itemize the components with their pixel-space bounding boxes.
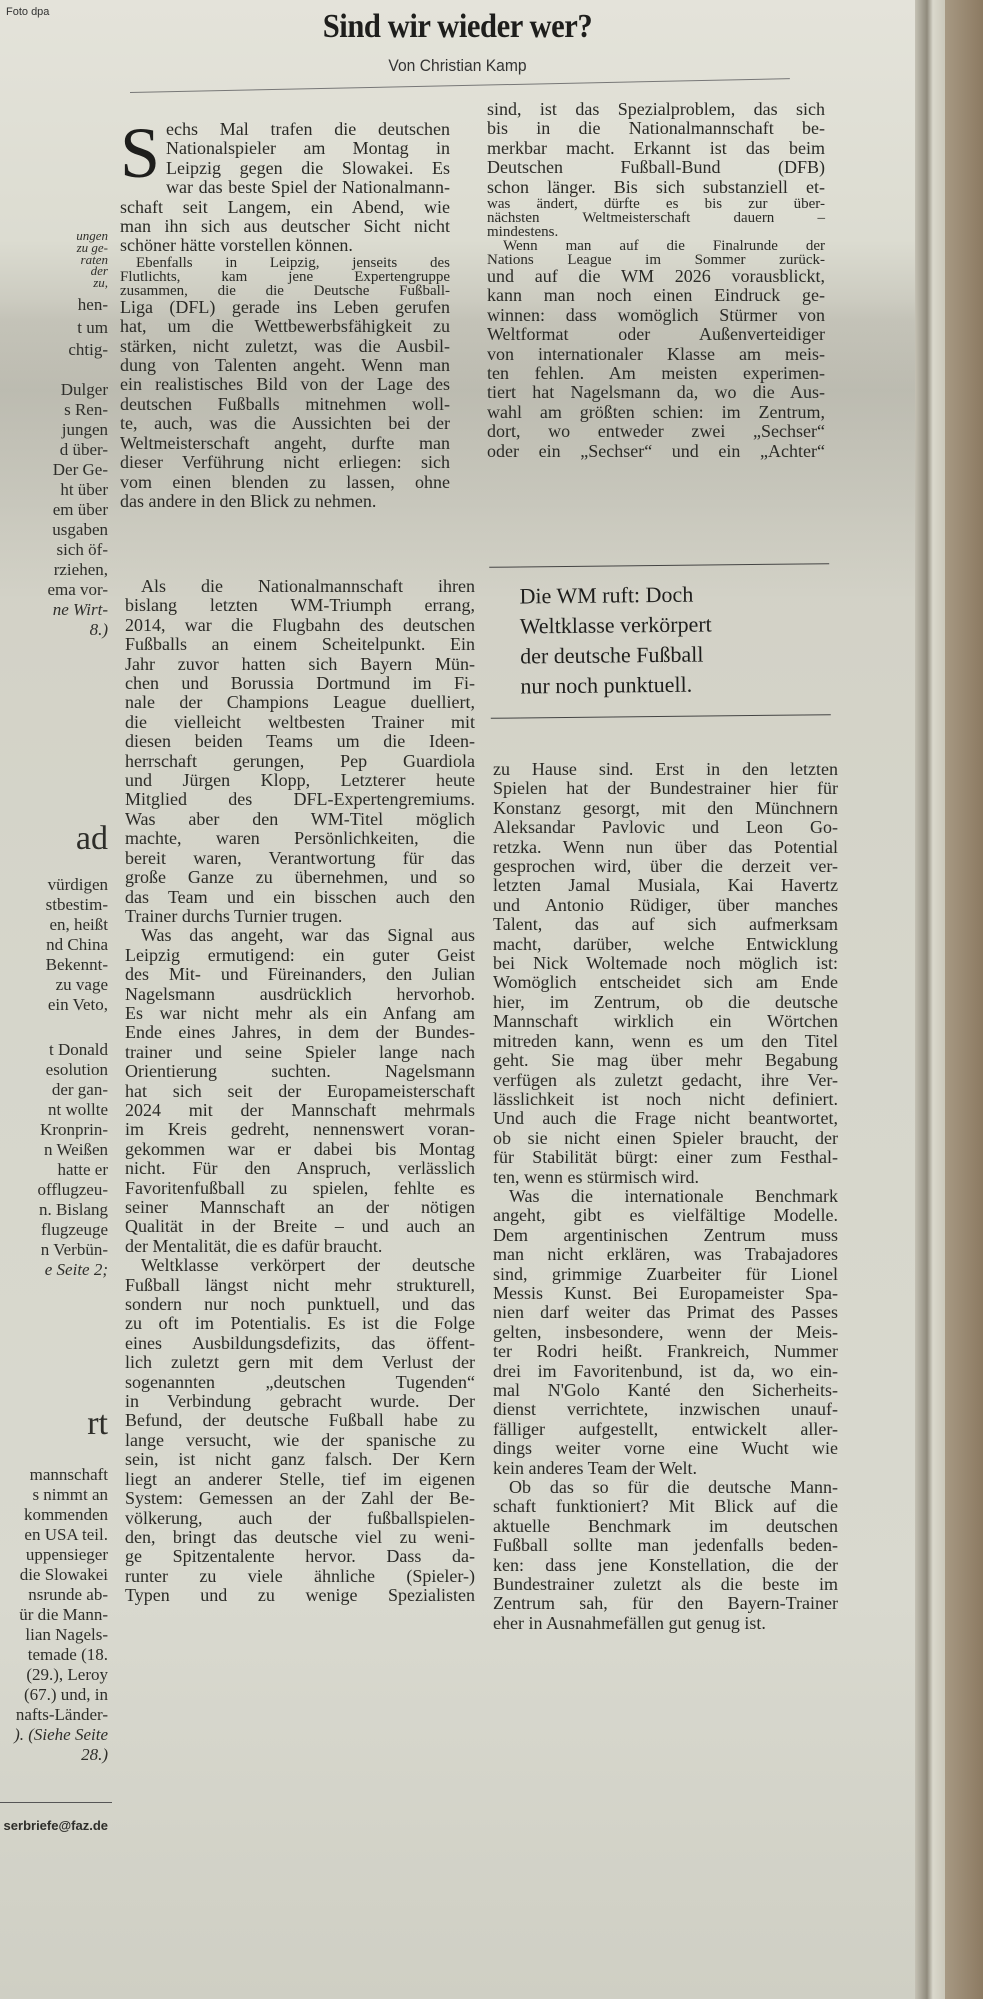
text-line: Weltmeisterschaft angeht, durfte man [120,434,450,453]
adjacent-text-fragment: d über- [60,440,108,460]
adjacent-text-fragment: ein Veto, [48,995,108,1015]
text-line: 2014, war die Flugbahn des deutschen [125,616,475,635]
text-line: eines Ausbildungsdefizits, das öffent- [125,1334,475,1353]
text-line: echs Mal trafen die deutschen [120,120,450,139]
adjacent-text-fragment: sich öf- [57,540,108,560]
text-line: schaft seit Langem, ein Abend, wie [120,198,450,217]
text-line: in Verbindung gebracht wurde. Der [125,1392,475,1411]
adjacent-text-fragment: rt [87,1405,108,1443]
text-line: Nationalspieler am Montag in [120,139,450,158]
adjacent-text-fragment: die Slowakei [20,1565,108,1585]
adjacent-text-fragment: s Ren- [64,400,108,420]
text-line: te, auch, was die Aussichten bei der [120,414,450,433]
text-line: mal N'Golo Kanté den Sicherheits- [493,1381,838,1400]
text-line: sondern nur noch punktuell, und das [125,1295,475,1314]
text-line: Mannschaft wirklich ein Wörtchen [493,1012,838,1031]
text-line: man ihn sich aus deutscher Sicht nicht [120,217,450,236]
adjacent-text-fragment: chtig- [68,340,108,360]
text-line: liegt an anderer Stelle, tief im eigenen [125,1470,475,1489]
text-line: war das beste Spiel der Nationalmann- [120,178,450,197]
adjacent-text-fragment: Bekennt- [46,955,108,975]
text-line: Bundestrainer zuletzt als die beste im [493,1575,838,1594]
adjacent-text-fragment: ema vor- [47,580,108,600]
article-column-1-bottom: Als die Nationalmannschaft ihrenbislang … [125,577,475,1606]
adjacent-text-fragment: mannschaft [30,1465,108,1485]
adjacent-text-fragment: hatte er [58,1160,109,1180]
text-line: Messis Kunst. Bei Europameister Spa- [493,1284,838,1303]
text-line: dung von Talenten angeht. Wenn man [120,356,450,375]
article-byline: Von Christian Kamp [37,56,879,76]
text-line: ten, wenn es stürmisch wird. [493,1168,838,1187]
text-line: macht, darüber, welche Entwicklung [493,935,838,954]
text-line: bis in die Nationalmannschaft be- [487,119,825,138]
text-line: Was die internationale Benchmark [493,1187,838,1206]
text-line: merkbar macht. Erkannt ist das beim [487,139,825,158]
adjacent-text-fragment: Dulger [61,380,108,400]
text-line: gelten, insbesondere, wenn der Meis- [493,1323,838,1342]
adjacent-text-fragment: hen- [78,295,108,315]
text-line: Qualität in der Breite – und auch an [125,1217,475,1236]
text-line: Zentrum sah, für den Bayern-Trainer [493,1594,838,1613]
text-line: mitreden kann, wenn es um den Titel [493,1032,838,1051]
drop-cap: S [120,124,160,182]
article-column-2-bottom: zu Hause sind. Erst in den letztenSpiele… [493,760,838,1633]
text-line: 2024 mit der Mannschaft mehrmals [125,1101,475,1120]
adjacent-text-fragment: 28.) [81,1745,108,1765]
adjacent-text-fragment: Der Ge- [53,460,108,480]
text-line: Aleksandar Pavlovic und Leon Go- [493,818,838,837]
article-column-1-top: S echs Mal trafen die deutschenNationals… [120,120,450,511]
adjacent-text-fragment: ). (Siehe Seite [14,1725,108,1745]
text-line: Nations League im Sommer zurück- [487,253,825,267]
text-line: schon länger. Bis sich substanziell et- [487,178,825,197]
pull-quote-line: Weltklasse verkörpert [520,608,830,641]
text-line: angeht, gibt es vielfältige Modelle. [493,1206,838,1225]
text-line: Es war nicht mehr als ein Anfang am [125,1004,475,1023]
adjacent-text-fragment: 8.) [90,620,108,640]
adjacent-text-fragment: n. Bislang [39,1200,108,1220]
text-line: Befund, der deutsche Fußball habe zu [125,1411,475,1430]
text-line: diesen beiden Teams um die Ideen- [125,732,475,751]
text-line: Leipzig gegen die Slowakei. Es [120,159,450,178]
text-line: sein, ist nicht ganz falsch. Der Kern [125,1450,475,1469]
adjacent-text-fragment: em über [53,500,108,520]
photo-credit: Foto dpa [6,6,49,18]
pull-quote: Die WM ruft: DochWeltklasse verkörpertde… [489,563,831,719]
text-line: Konstanz gesorgt, mit den Münchnern [493,799,838,818]
text-line: Dem argentinischen Zentrum muss [493,1226,838,1245]
text-line: stärken, nicht zuletzt, was die Ausbil- [120,337,450,356]
text-line: man nicht erklären, was Trabajadores [493,1245,838,1264]
text-line: Fußball sollte man jedenfalls beden- [493,1536,838,1555]
text-line: zu oft im Potentialis. Es ist die Folge [125,1314,475,1333]
left-column-divider [0,1802,112,1803]
text-line: große Ganze zu übernehmen, und so [125,868,475,887]
text-line: hat sich seit der Europameisterschaft [125,1082,475,1101]
text-line: Weltklasse verkörpert der deutsche [125,1256,475,1275]
adjacent-text-fragment: zu vage [56,975,108,995]
adjacent-text-fragment: stbestim- [46,895,108,915]
text-line: oder ein „Sechser“ und ein „Achter“ [487,442,825,461]
text-line: nächsten Weltmeisterschaft dauern – [487,211,825,225]
adjacent-text-fragment: nafts-Länder- [16,1705,108,1725]
text-line: nicht. Für den Anspruch, verlässlich [125,1159,475,1178]
text-line: was ändert, dürfte es bis zur über- [487,197,825,211]
text-line: Typen und zu wenige Spezialisten [125,1586,475,1605]
text-line: dings weiter vorne eine Wucht wie [493,1439,838,1458]
text-line: Was das angeht, war das Signal aus [125,926,475,945]
text-line: letzten Jamal Musiala, Kai Havertz [493,876,838,895]
adjacent-text-fragment: ne Wirt- [53,600,108,620]
text-line: bei Nick Woltemade noch möglich ist: [493,954,838,973]
adjacent-article-column: ungenzu ge-ratenderzu,hen-t umchtig-Dulg… [0,0,112,1999]
text-line: zu Hause sind. Erst in den letzten [493,760,838,779]
text-line: Flutlichts, kam jene Expertengruppe [120,270,450,284]
adjacent-text-fragment: offlugzeu- [38,1180,109,1200]
text-line: ten fehlen. Am meisten experimen- [487,364,825,383]
page-fold [915,0,945,1999]
text-line: Jahr zuvor hatten sich Bayern Mün- [125,655,475,674]
text-line: deutschen Fußballs mitnehmen woll- [120,395,450,414]
text-line: sind, ist das Spezialproblem, das sich [487,100,825,119]
text-line: Ende eines Jahres, in dem der Bundes- [125,1023,475,1042]
text-line: die vielleicht weltbesten Trainer mit [125,713,475,732]
text-line: vom einen blenden zu lassen, ohne [120,473,450,492]
text-line: ter Rodri heißt. Frankreich, Nummer [493,1342,838,1361]
text-line: bereit waren, Verantwortung für das [125,849,475,868]
text-line: Nagelsmann ausdrücklich hervorhob. [125,985,475,1004]
text-line: zusammen, die die Deutsche Fußball- [120,284,450,298]
article-headline: Sind wir wieder wer? [46,8,870,46]
adjacent-text-fragment: t um [77,318,108,338]
text-line: herrschaft gerungen, Pep Guardiola [125,752,475,771]
text-line: der Mentalität, die es dafür braucht. [125,1237,475,1256]
text-line: dienst verrichtete, inzwischen unauf- [493,1400,838,1419]
text-line: nale der Champions League duelliert, [125,693,475,712]
text-line: schöner hätte vorstellen können. [120,236,450,255]
text-line: Deutschen Fußball-Bund (DFB) [487,158,825,177]
text-line: kann man noch einen Eindruck ge- [487,286,825,305]
adjacent-text-fragment: t Donald [49,1040,108,1060]
text-line: retzka. Wenn nun über das Potential [493,838,838,857]
text-line: eher in Ausnahmefällen gut genug ist. [493,1614,838,1633]
text-line: nien darf weiter das Primat des Passes [493,1303,838,1322]
article-column-2-top: sind, ist das Spezialproblem, das sichbi… [487,100,825,461]
adjacent-text-fragment: ür die Mann- [19,1605,108,1625]
text-line: Liga (DFL) gerade ins Leben gerufen [120,298,450,317]
text-line: sind, grimmige Zuarbeiter für Lionel [493,1265,838,1284]
text-line: Trainer durchs Turnier trugen. [125,907,475,926]
text-line: Orientierung suchten. Nagelsmann [125,1062,475,1081]
text-line: des Mit- und Füreinanders, den Julian [125,965,475,984]
text-line: im Kreis gedreht, nennenswert voran- [125,1120,475,1139]
text-line: Favoritenfußball zu spielen, fehlte es [125,1179,475,1198]
adjacent-text-fragment: (29.), Leroy [26,1665,108,1685]
pull-quote-line: der deutsche Fußball [520,638,830,671]
text-line: gekommen war er dabei bis Montag [125,1140,475,1159]
pull-quote-line: Die WM ruft: Doch [519,578,829,611]
text-line: und Antonio Rüdiger, über manches [493,896,838,915]
text-line: dort, wo entweder zwei „Sechser“ [487,422,825,441]
adjacent-text-fragment: n Weißen [44,1140,108,1160]
text-line: dieser Verführung nicht erliegen: sich [120,453,450,472]
adjacent-text-fragment: vürdigen [48,875,108,895]
text-line: lässlichkeit ist noch nicht definiert. [493,1090,838,1109]
adjacent-text-fragment: e Seite 2; [45,1260,108,1280]
text-line: Womöglich entscheidet sich am Ende [493,973,838,992]
text-line: System: Gemessen an der Zahl der Be- [125,1489,475,1508]
text-line: Fußball längst nicht mehr strukturell, [125,1276,475,1295]
text-line: drei im Favoritenbund, ist da, wo ein- [493,1362,838,1381]
letters-email: serbriefe@faz.de [4,1818,108,1833]
text-line: Ebenfalls in Leipzig, jenseits des [120,256,450,270]
text-line: Und auch die Frage nicht beantwortet, [493,1109,838,1128]
pull-quote-line: nur noch punktuell. [520,668,830,701]
text-line: tiert hat Nagelsmann da, wo die Aus- [487,383,825,402]
text-line: von internationaler Klasse am meis- [487,345,825,364]
adjacent-text-fragment: rziehen, [54,560,108,580]
text-line: Talent, das auf sich aufmerksam [493,915,838,934]
text-line: gesprochen wird, über die derzeit ver- [493,857,838,876]
text-line: lange versucht, wie der spanische zu [125,1431,475,1450]
text-line: ein realistisches Bild von der Lage des [120,375,450,394]
text-line: schaft funktioniert? Mit Blick auf die [493,1497,838,1516]
adjacent-text-fragment: lian Nagels- [25,1625,108,1645]
text-line: verfügen als zuletzt gedacht, ihre Ver- [493,1071,838,1090]
adjacent-text-fragment: esolution [46,1060,108,1080]
text-line: seiner Mannschaft an der nötigen [125,1198,475,1217]
text-line: runter zu viele ähnliche (Spieler-) [125,1567,475,1586]
text-line: wahl am größten schien: im Zentrum, [487,403,825,422]
text-line: Fußballs an einem Scheitelpunkt. Ein [125,635,475,654]
adjacent-text-fragment: nd China [46,935,108,955]
adjacent-text-fragment: ad [76,820,108,858]
adjacent-text-fragment: ht über [60,480,108,500]
text-line: völkerung, auch der fußballspielen- [125,1509,475,1528]
text-line: lich zuletzt gern mit dem Verlust der [125,1353,475,1372]
text-line: fälliger aufgestellt, entwickelt aller- [493,1420,838,1439]
text-line: geht. Sie mag über mehr Begabung [493,1051,838,1070]
adjacent-text-fragment: kommenden [24,1505,108,1525]
adjacent-text-fragment: s nimmt an [32,1485,108,1505]
text-line: das andere in den Blick zu nehmen. [120,492,450,511]
text-line: Als die Nationalmannschaft ihren [125,577,475,596]
text-line: Leipzig ermutigend: ein guter Geist [125,946,475,965]
adjacent-text-fragment: Kronprin- [40,1120,108,1140]
text-line: ob sie nicht einen Spieler braucht, der [493,1129,838,1148]
text-line: hier, im Zentrum, ob die deutsche [493,993,838,1012]
text-line: Weltformat oder Außenverteidiger [487,325,825,344]
adjacent-text-fragment: der gan- [52,1080,108,1100]
adjacent-text-fragment: nsrunde ab- [28,1585,108,1605]
adjacent-text-fragment: (67.) und, in [24,1685,108,1705]
text-line: mindestens. [487,225,825,239]
text-line: chen und Borussia Dortmund im Fi- [125,674,475,693]
adjacent-text-fragment: en, heißt [49,915,108,935]
text-line: Ob das so für die deutsche Mann- [493,1478,838,1497]
text-line: sogenannten „deutschen Tugenden“ [125,1373,475,1392]
text-line: trainer und seine Spieler lange nach [125,1043,475,1062]
text-line: winnen: dass womöglich Stürmer von [487,306,825,325]
text-line: ge Spitzentalente hervor. Dass da- [125,1547,475,1566]
text-line: Mitglied des DFL-Expertengremiums. [125,790,475,809]
adjacent-text-fragment: n Verbün- [41,1240,108,1260]
text-line: und auf die WM 2026 vorausblickt, [487,267,825,286]
text-line: und Jürgen Klopp, Letzterer heute [125,771,475,790]
text-line: machte, waren Persönlichkeiten, die [125,829,475,848]
text-line: das Team und ein bisschen auch den [125,888,475,907]
adjacent-text-fragment: uppensieger [26,1545,108,1565]
text-line: den, bringt das deutsche viel zu weni- [125,1528,475,1547]
text-line: ken: dass jene Konstellation, die der [493,1556,838,1575]
adjacent-text-fragment: jungen [62,420,108,440]
text-line: hat, um die Wettbewerbsfähigkeit zu [120,317,450,336]
adjacent-text-fragment: zu, [93,275,108,291]
adjacent-text-fragment: temade (18. [28,1645,108,1665]
text-line: Wenn man auf die Finalrunde der [487,239,825,253]
text-line: kein anderes Team der Welt. [493,1459,838,1478]
adjacent-text-fragment: flugzeuge [41,1220,108,1240]
adjacent-text-fragment: nt wollte [48,1100,108,1120]
text-line: Spielen hat der Bundestrainer hier für [493,779,838,798]
adjacent-text-fragment: usgaben [52,520,108,540]
text-line: Was aber den WM-Titel möglich [125,810,475,829]
adjacent-text-fragment: en USA teil. [24,1525,108,1545]
text-line: aktuelle Benchmark im deutschen [493,1517,838,1536]
text-line: bislang letzten WM-Triumph errang, [125,596,475,615]
text-line: für Stabilität bürgt: einer zum Festhal- [493,1148,838,1167]
